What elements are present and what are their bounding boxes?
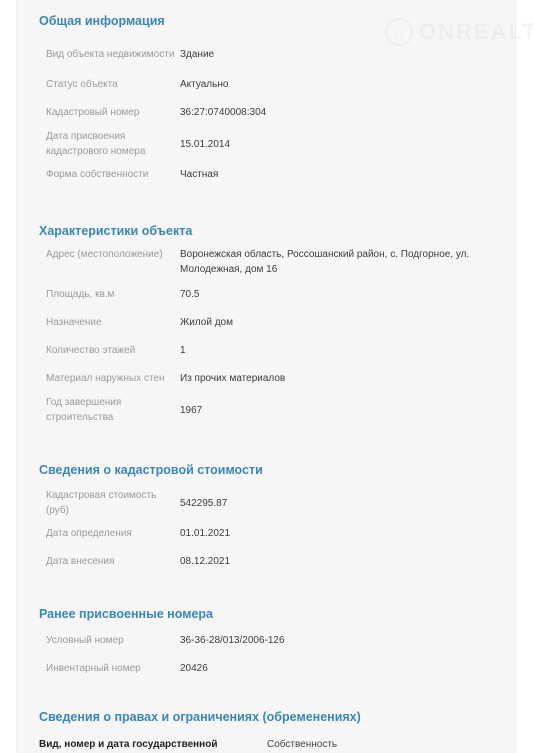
- info-row-ownership-form: Форма собственности Частная: [39, 162, 499, 186]
- row-label: Адрес (местоположение): [39, 247, 180, 262]
- section-previous-numbers: Ранее присвоенные номера Условный номер …: [39, 604, 499, 680]
- info-row-cadastral-date: Дата присвоения кадастрового номера 15.0…: [39, 129, 499, 159]
- row-label: Кадастровый номер: [39, 105, 180, 120]
- row-value: 01.01.2021: [180, 526, 499, 541]
- row-label: Вид, номер и дата государственной: [39, 737, 267, 752]
- row-label: Дата определения: [39, 526, 180, 541]
- row-label: Кадастровая стоимость (руб): [39, 488, 180, 518]
- section-object-characteristics: Характеристики объекта Адрес (местополож…: [39, 221, 499, 425]
- section-rights-restrictions: Сведения о правах и ограничениях (обреме…: [39, 707, 499, 753]
- info-row-object-type: Вид объекта недвижимости Здание: [39, 39, 499, 69]
- row-label: Условный номер: [39, 633, 180, 648]
- row-label: Количество этажей: [39, 343, 180, 358]
- section-cadastral-value: Сведения о кадастровой стоимости Кадастр…: [39, 460, 499, 573]
- row-value: Актуально: [180, 77, 499, 92]
- row-value: 1967: [180, 403, 499, 418]
- row-label: Дата присвоения кадастрового номера: [39, 129, 180, 159]
- row-label: Год завершения строительства: [39, 395, 180, 425]
- row-label: Материал наружных стен: [39, 371, 180, 386]
- row-label: Инвентарный номер: [39, 661, 180, 676]
- row-value: 15.01.2014: [180, 137, 499, 152]
- property-info-card: ⌂ ONREALT Общая информация Вид объекта н…: [16, 0, 516, 753]
- row-value: Жилой дом: [180, 315, 499, 330]
- row-label: Статус объекта: [39, 77, 180, 92]
- row-value: Собственность: [267, 737, 499, 752]
- info-row-status: Статус объекта Актуально: [39, 72, 499, 96]
- info-row-conditional-number: Условный номер 36-36-28/013/2006-126: [39, 628, 499, 652]
- row-value: 20426: [180, 661, 499, 676]
- info-row-cadastral-cost: Кадастровая стоимость (руб) 542295.87: [39, 488, 499, 518]
- row-value: Из прочих материалов: [180, 371, 499, 386]
- info-row-inventory-number: Инвентарный номер 20426: [39, 656, 499, 680]
- row-value: Частная: [180, 167, 499, 182]
- info-row-rights: Вид, номер и дата государственной Собств…: [39, 735, 499, 753]
- row-label: Дата внесения: [39, 554, 180, 569]
- row-value: 542295.87: [180, 496, 499, 511]
- info-row-wall-material: Материал наружных стен Из прочих материа…: [39, 366, 499, 390]
- row-label: Вид объекта недвижимости: [39, 47, 180, 62]
- info-row-cadastral-number: Кадастровый номер 36:27:0740008:304: [39, 100, 499, 124]
- section-title: Сведения о кадастровой стоимости: [39, 460, 499, 480]
- info-row-area: Площадь, кв.м 70.5: [39, 282, 499, 306]
- row-label: Форма собственности: [39, 167, 180, 182]
- row-value: 1: [180, 343, 499, 358]
- row-value: 70.5: [180, 287, 499, 302]
- info-row-entry-date: Дата внесения 08.12.2021: [39, 549, 499, 573]
- row-value: Воронежская область, Россошанский район,…: [180, 247, 499, 277]
- row-value: 08.12.2021: [180, 554, 499, 569]
- section-title: Ранее присвоенные номера: [39, 604, 499, 624]
- info-row-floors: Количество этажей 1: [39, 338, 499, 362]
- row-label: Назначение: [39, 315, 180, 330]
- section-title: Общая информация: [39, 11, 499, 31]
- info-row-construction-year: Год завершения строительства 1967: [39, 395, 499, 425]
- info-row-purpose: Назначение Жилой дом: [39, 310, 499, 334]
- row-value: 36:27:0740008:304: [180, 105, 499, 120]
- info-row-determination-date: Дата определения 01.01.2021: [39, 521, 499, 545]
- row-value: 36-36-28/013/2006-126: [180, 633, 499, 648]
- info-row-address: Адрес (местоположение) Воронежская облас…: [39, 247, 499, 279]
- row-value: Здание: [180, 47, 499, 62]
- section-general-info: Общая информация Вид объекта недвижимост…: [39, 11, 499, 186]
- row-label: Площадь, кв.м: [39, 287, 180, 302]
- section-title: Характеристики объекта: [39, 221, 499, 241]
- section-title: Сведения о правах и ограничениях (обреме…: [39, 707, 499, 727]
